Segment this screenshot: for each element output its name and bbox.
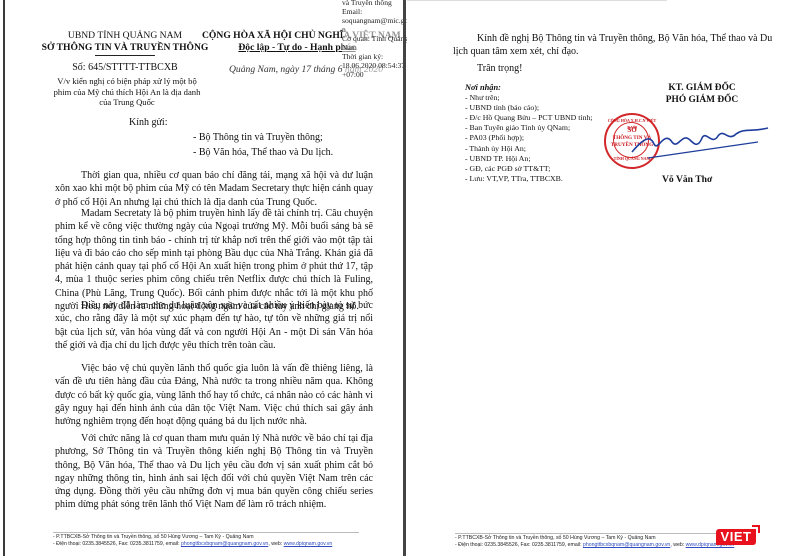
recipients-list-item: - Thành ủy Hội An; [465, 144, 593, 154]
recipients-list-item: - UBND tỉnh (báo cáo); [465, 103, 593, 113]
digital-signature-info: và Truyền thông Email: soquangnam@mic.go… [342, 0, 407, 79]
signature-line: Email: [342, 7, 407, 16]
footer-email-link[interactable]: phongttbcxbqnam@quangnam.gov.vn [583, 542, 670, 548]
footer-email-link[interactable]: phongttbcxbqnam@quangnam.gov.vn [181, 541, 268, 547]
footer-divider [455, 533, 755, 534]
subject-line: của Trung Quốc [47, 97, 207, 108]
signature-line: 18.06.2020 08:54:37 [342, 61, 407, 70]
footer-divider [53, 532, 359, 533]
signature-line: Nam [342, 43, 407, 52]
recipients-list-item: - GĐ, các PGĐ sở TT&TT; [465, 164, 593, 174]
signature-line: soquangnam@mic.gov. [342, 16, 407, 25]
signature-line: n [342, 25, 407, 34]
body-paragraph: Việc bảo vệ chủ quyền lãnh thổ quốc gia … [55, 362, 373, 428]
body-paragraph: Thời gian qua, nhiều cơ quan báo chí đăn… [55, 169, 373, 209]
body-paragraph: Với chức năng là cơ quan tham mưu quản l… [55, 432, 373, 512]
recipients-list: Nơi nhận: - Như trên; - UBND tỉnh (báo c… [465, 83, 593, 184]
signatory-name: Võ Văn Thơ [662, 174, 712, 185]
recipients-list-item: - Đ/c Hồ Quang Bửu – PCT UBND tỉnh; [465, 113, 593, 123]
footer-contact: - Điện thoại: 0235.3845526, Fax: 0235.38… [455, 542, 734, 549]
recipients-list-title: Nơi nhận: [465, 83, 593, 93]
page-footer: - P.TTBCXB-Sở Thông tin và Truyền thông,… [53, 534, 332, 548]
handwritten-signature-icon [628, 122, 778, 162]
recipient: - Bộ Thông tin và Truyền thông; [193, 132, 323, 143]
signature-line: +07:00 [342, 70, 407, 79]
footer-contact: - Điện thoại: 0235.3845526, Fax: 0235.38… [53, 541, 332, 548]
document-subject: V/v kiến nghị có biện pháp xử lý một bộ … [47, 76, 207, 108]
body-paragraph: Madam Secretaty là bộ phim truyền hình l… [55, 207, 373, 313]
viet-watermark-logo: VIET [716, 529, 756, 545]
regards: Trân trọng! [453, 62, 773, 75]
signature-line: Thời gian ký: [342, 52, 407, 61]
footer-web-link[interactable]: www.dpiqnam.gov.vn [284, 541, 333, 547]
signature-line: và Truyền thông [342, 0, 407, 7]
recipients-list-item: - UBND TP. Hội An; [465, 154, 593, 164]
subject-line: V/v kiến nghị có biện pháp xử lý một bộ [47, 76, 207, 87]
issuer-header: UBND TỈNH QUẢNG NAM SỞ THÔNG TIN VÀ TRUY… [35, 30, 215, 56]
header-underline [95, 55, 155, 56]
signatory-title: KT. GIÁM ĐỐC PHÓ GIÁM ĐỐC [650, 82, 754, 106]
issuer-department: SỞ THÔNG TIN VÀ TRUYỀN THÔNG [35, 42, 215, 54]
page-divider [403, 0, 406, 556]
recipients-list-item: - Ban Tuyên giáo Tỉnh ủy QNam; [465, 123, 593, 133]
subject-line: phim của Mỹ chú thích Hội An là địa danh [47, 87, 207, 98]
logo-corner-icon [752, 525, 760, 533]
recipient: - Bộ Văn hóa, Thể thao và Du lịch. [193, 147, 333, 158]
body-paragraph: Điều này đã làm cho dư luận xôn xao và r… [55, 299, 373, 352]
page-top-edge [407, 0, 667, 1]
issuer-authority: UBND TỈNH QUẢNG NAM [35, 30, 215, 42]
recipients-list-item: - Như trên; [465, 93, 593, 103]
recipients-list-item: - PA03 (Phối hợp); [465, 133, 593, 143]
document-number: Số: 645/STTTT-TTBCXB [35, 62, 215, 73]
recipients-label: Kính gửi: [129, 117, 167, 128]
page-footer: - P.TTBCXB-Sở Thông tin và Truyền thông,… [455, 535, 734, 549]
footer-address: - P.TTBCXB-Sở Thông tin và Truyền thông,… [53, 534, 332, 541]
recipients-list-item: - Lưu: VT,VP, TTra, TTBCXB. [465, 174, 593, 184]
document-page-1: UBND TỈNH QUẢNG NAM SỞ THÔNG TIN VÀ TRUY… [3, 0, 407, 556]
footer-address: - P.TTBCXB-Sở Thông tin và Truyền thông,… [455, 535, 734, 542]
closing-paragraph: Kính đề nghị Bộ Thông tin và Truyền thôn… [453, 32, 773, 58]
signature-line: Cơ quan: Tỉnh Quảng [342, 34, 407, 43]
